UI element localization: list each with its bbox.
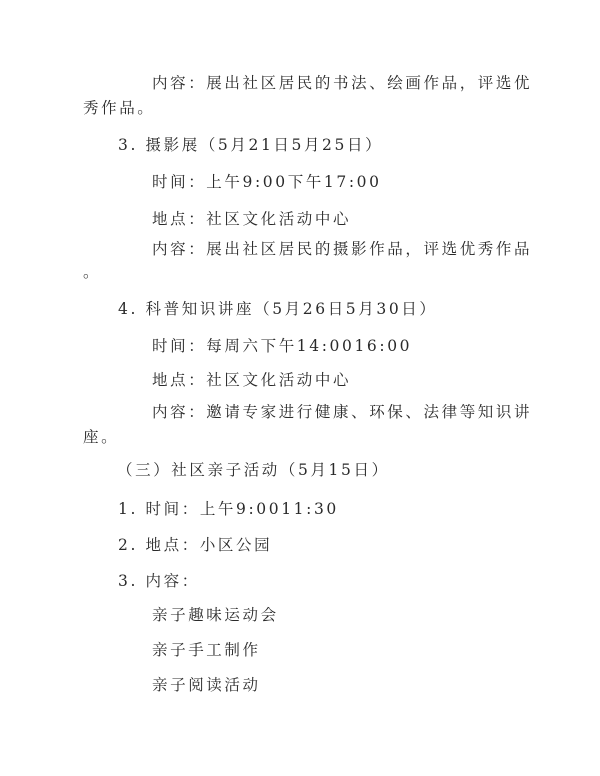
activity-item-sports: 亲子趣味运动会 bbox=[152, 605, 279, 625]
parent-child-content-label: 3. 内容： bbox=[118, 571, 200, 591]
science-lecture-content-wrap: 座。 bbox=[83, 427, 119, 447]
science-lecture-heading: 4. 科普知识讲座（5月26日5月30日） bbox=[118, 299, 438, 319]
photography-exhibit-heading: 3. 摄影展（5月21日5月25日） bbox=[118, 135, 383, 155]
document-page: 内容：展出社区居民的书法、绘画作品，评选优 秀作品。 3. 摄影展（5月21日5… bbox=[0, 0, 600, 776]
science-lecture-time: 时间：每周六下午14:0016:00 bbox=[152, 336, 412, 356]
activity-item-reading: 亲子阅读活动 bbox=[152, 675, 261, 695]
photography-location: 地点：社区文化活动中心 bbox=[152, 209, 351, 229]
exhibit-2-content-wrap: 秀作品。 bbox=[83, 98, 155, 118]
photography-content: 内容：展出社区居民的摄影作品，评选优秀作品 bbox=[152, 239, 532, 259]
science-lecture-location: 地点：社区文化活动中心 bbox=[152, 370, 351, 390]
photography-time: 时间：上午9:00下午17:00 bbox=[152, 172, 382, 192]
science-lecture-content: 内容：邀请专家进行健康、环保、法律等知识讲 bbox=[152, 402, 532, 422]
photography-content-wrap: 。 bbox=[83, 262, 101, 282]
activity-item-crafts: 亲子手工制作 bbox=[152, 640, 261, 660]
parent-child-section-heading: （三）社区亲子活动（5月15日） bbox=[117, 460, 390, 480]
parent-child-location: 2. 地点：小区公园 bbox=[118, 535, 272, 555]
parent-child-time: 1. 时间：上午9:0011:30 bbox=[118, 499, 339, 519]
exhibit-2-content-line: 内容：展出社区居民的书法、绘画作品，评选优 bbox=[152, 73, 532, 93]
